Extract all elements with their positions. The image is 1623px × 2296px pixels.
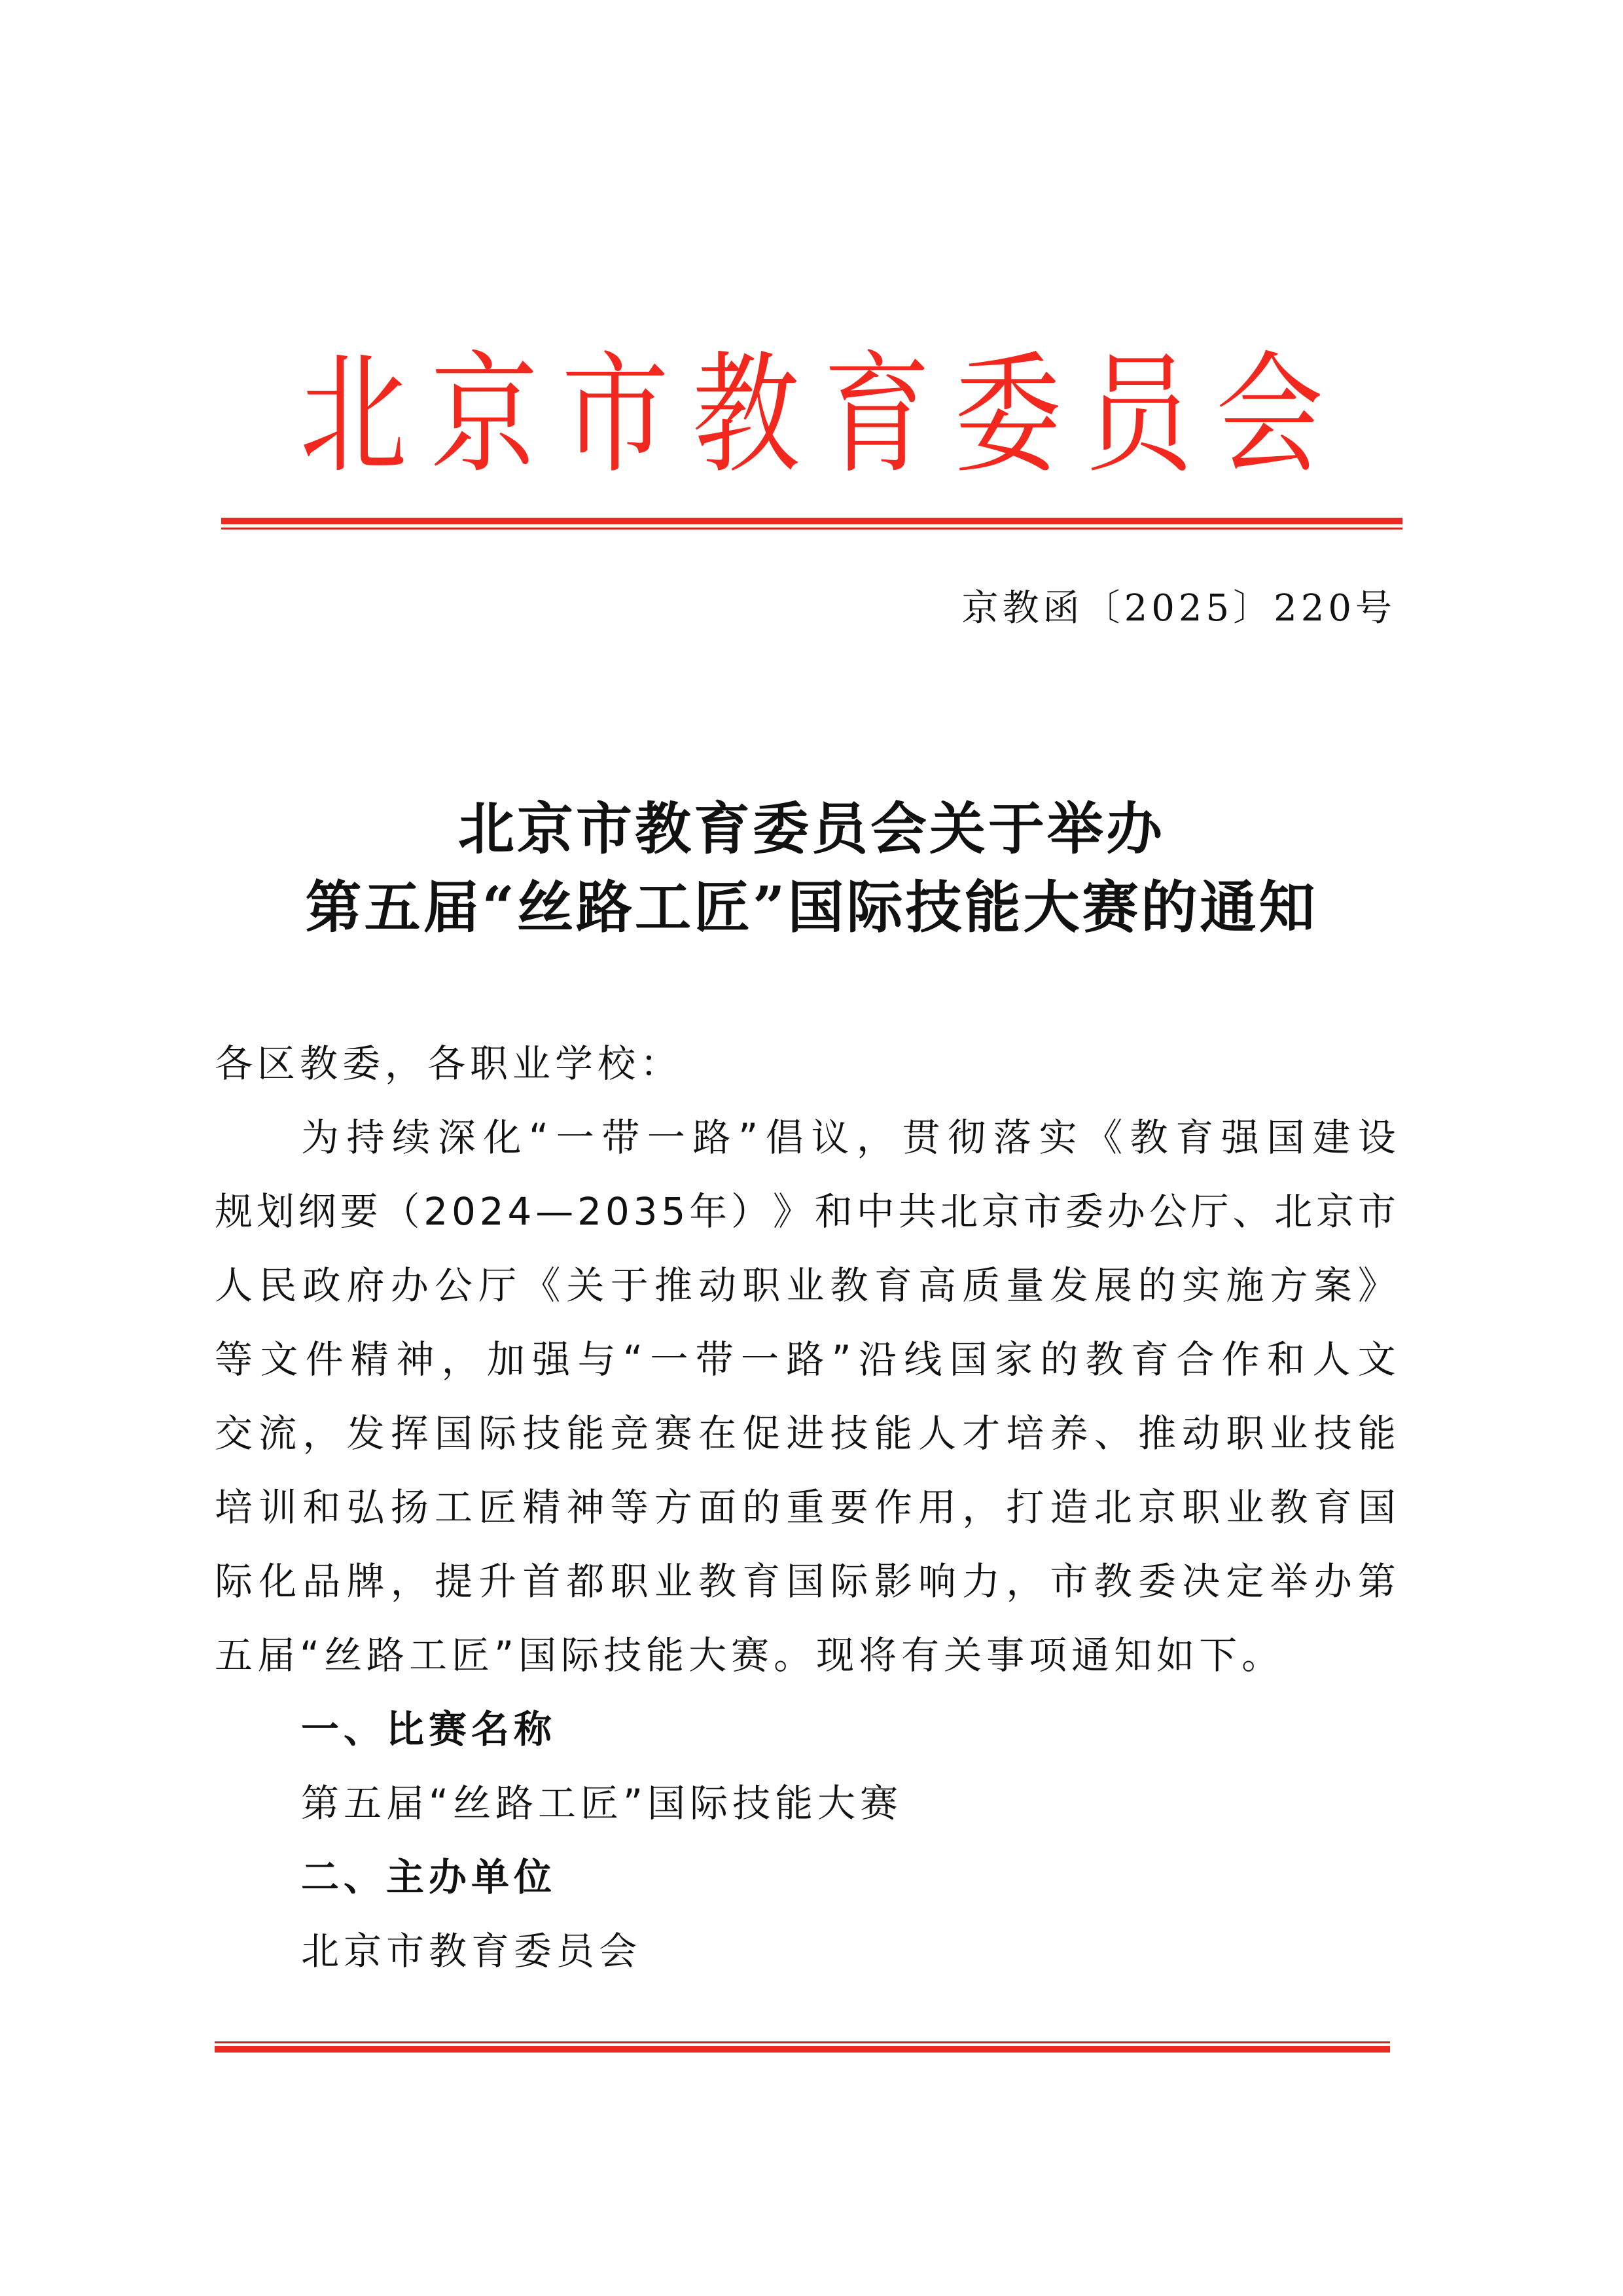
masthead-char: 育	[823, 340, 931, 491]
footer-rule-thick	[215, 2046, 1390, 2053]
document-title-line-1: 北京市教育委员会关于举办	[0, 793, 1623, 865]
body-line: 培训和弘扬工匠精神等方面的重要作用，打造北京职业教育国	[215, 1478, 1396, 1537]
masthead-char: 会	[1216, 340, 1323, 491]
section-heading: 一、比赛名称	[301, 1700, 556, 1759]
body-line: 五届“丝路工匠”国际技能大赛。现将有关事项通知如下。	[215, 1626, 1284, 1685]
body-line: 为持续深化“一带一路”倡议，贯彻落实《教育强国建设	[301, 1108, 1396, 1167]
document-title-line-2: 第五届“丝路工匠”国际技能大赛的通知	[0, 872, 1623, 944]
section-content: 北京市教育委员会	[301, 1922, 641, 1981]
body-line: 人民政府办公厅《关于推动职业教育高质量发展的实施方案》	[215, 1256, 1396, 1315]
document-page: 北 京 市 教 育 委 员 会 京教函〔2025〕220号 北京市教育委员会关于…	[0, 0, 1623, 2296]
masthead-title: 北 京 市 教 育 委 员 会	[288, 340, 1335, 491]
header-rule-thin	[221, 528, 1402, 529]
body-line: 际化品牌，提升首都职业教育国际影响力，市教委决定举办第	[215, 1552, 1396, 1611]
section-heading: 二、主办单位	[301, 1848, 556, 1907]
salutation: 各区教委，各职业学校：	[215, 1034, 683, 1093]
document-number: 京教函〔2025〕220号	[962, 586, 1396, 632]
section-content: 第五届“丝路工匠”国际技能大赛	[301, 1774, 902, 1833]
masthead-char: 委	[954, 340, 1061, 491]
body-line: 交流，发挥国际技能竞赛在促进技能人才培养、推动职业技能	[215, 1404, 1396, 1463]
masthead-char: 教	[692, 340, 800, 491]
masthead-char: 员	[1085, 340, 1192, 491]
footer-rule-thin	[215, 2041, 1390, 2043]
body-line: 规划纲要（2024—2035年）》和中共北京市委办公厅、北京市	[215, 1182, 1396, 1241]
masthead-char: 市	[562, 340, 669, 491]
body-line: 等文件精神，加强与“一带一路”沿线国家的教育合作和人文	[215, 1330, 1396, 1389]
header-rule-thick	[221, 518, 1402, 524]
masthead-char: 京	[431, 340, 538, 491]
masthead-char: 北	[300, 340, 407, 491]
